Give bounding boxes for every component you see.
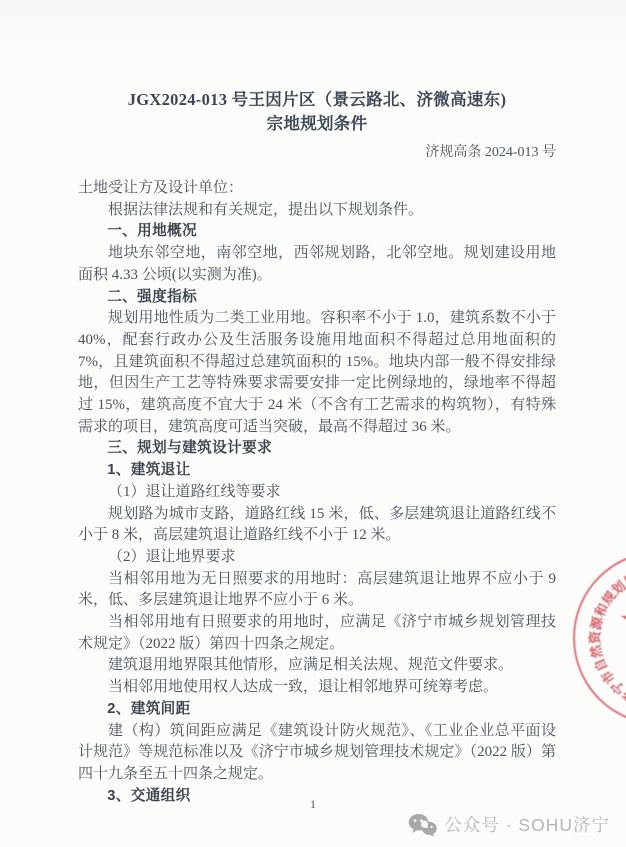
- paragraph: 当相邻用地使用权人达成一致，退让相邻地界可统筹考虑。: [78, 677, 556, 699]
- scanned-document-page: JGX2024-013 号王因片区（景云路北、济微高速东) 宗地规划条件 济规高…: [0, 0, 626, 847]
- paragraph: 规划路为城市支路，道路红线 15 米，低、多层建筑退让道路红线不小于 8 米，高…: [78, 504, 556, 547]
- section-heading: 二、强度指标: [78, 287, 556, 309]
- section-heading: 一、用地概况: [78, 221, 556, 243]
- section-heading: 1、建筑退让: [78, 460, 556, 482]
- paragraph: （2）退让地界要求: [78, 547, 556, 569]
- section-heading: 2、建筑间距: [78, 699, 556, 721]
- document-title-line2: 宗地规划条件: [78, 112, 556, 136]
- paragraph: 建筑退用地界限其他情形，应满足相关法规、规范文件要求。: [78, 655, 556, 677]
- page-number: 1: [0, 797, 626, 812]
- document-body: 土地受让方及设计单位：根据法律法规和有关规定，提出以下规划条件。一、用地概况地块…: [78, 178, 556, 807]
- paragraph: 当相邻用地为无日照要求的用地时：高层建筑退让地界不应小于 9 米，低、多层建筑退…: [78, 569, 556, 612]
- paragraph: 土地受让方及设计单位：: [78, 178, 556, 200]
- section-heading: 三、规划与建筑设计要求: [78, 438, 556, 460]
- paragraph: 规划用地性质为二类工业用地。容积率不小于 1.0，建筑系数不小于 40%，配套行…: [78, 308, 556, 438]
- paragraph: 当相邻用地有日照要求的用地时，应满足《济宁市城乡规划管理技术规定》（2022 版…: [78, 612, 556, 655]
- paragraph: 地块东邻空地，南邻空地，西邻规划路，北邻空地。规划建设用地面积 4.33 公顷(…: [78, 243, 556, 286]
- wechat-icon: [408, 813, 437, 837]
- seal-character: 资: [584, 631, 603, 644]
- document-number: 济规高条 2024-013 号: [78, 143, 556, 163]
- paragraph: （1）退让道路红线等要求: [78, 482, 556, 504]
- document-title-line1: JGX2024-013 号王因片区（景云路北、济微高速东): [78, 88, 556, 112]
- paragraph: 根据法律法规和有关规定，提出以下规划条件。: [78, 200, 556, 222]
- watermark: 公众号 · SOHU济宁: [408, 812, 610, 837]
- document-content: JGX2024-013 号王因片区（景云路北、济微高速东) 宗地规划条件 济规高…: [78, 88, 556, 807]
- paragraph: 建（构）筑间距应满足《建筑设计防火规范》、《工业企业总平面设计规范》等规范标准以…: [78, 721, 556, 786]
- watermark-text: 公众号 · SOHU济宁: [444, 812, 610, 837]
- official-seal: 济宁市自然资源和规划局: [573, 551, 626, 725]
